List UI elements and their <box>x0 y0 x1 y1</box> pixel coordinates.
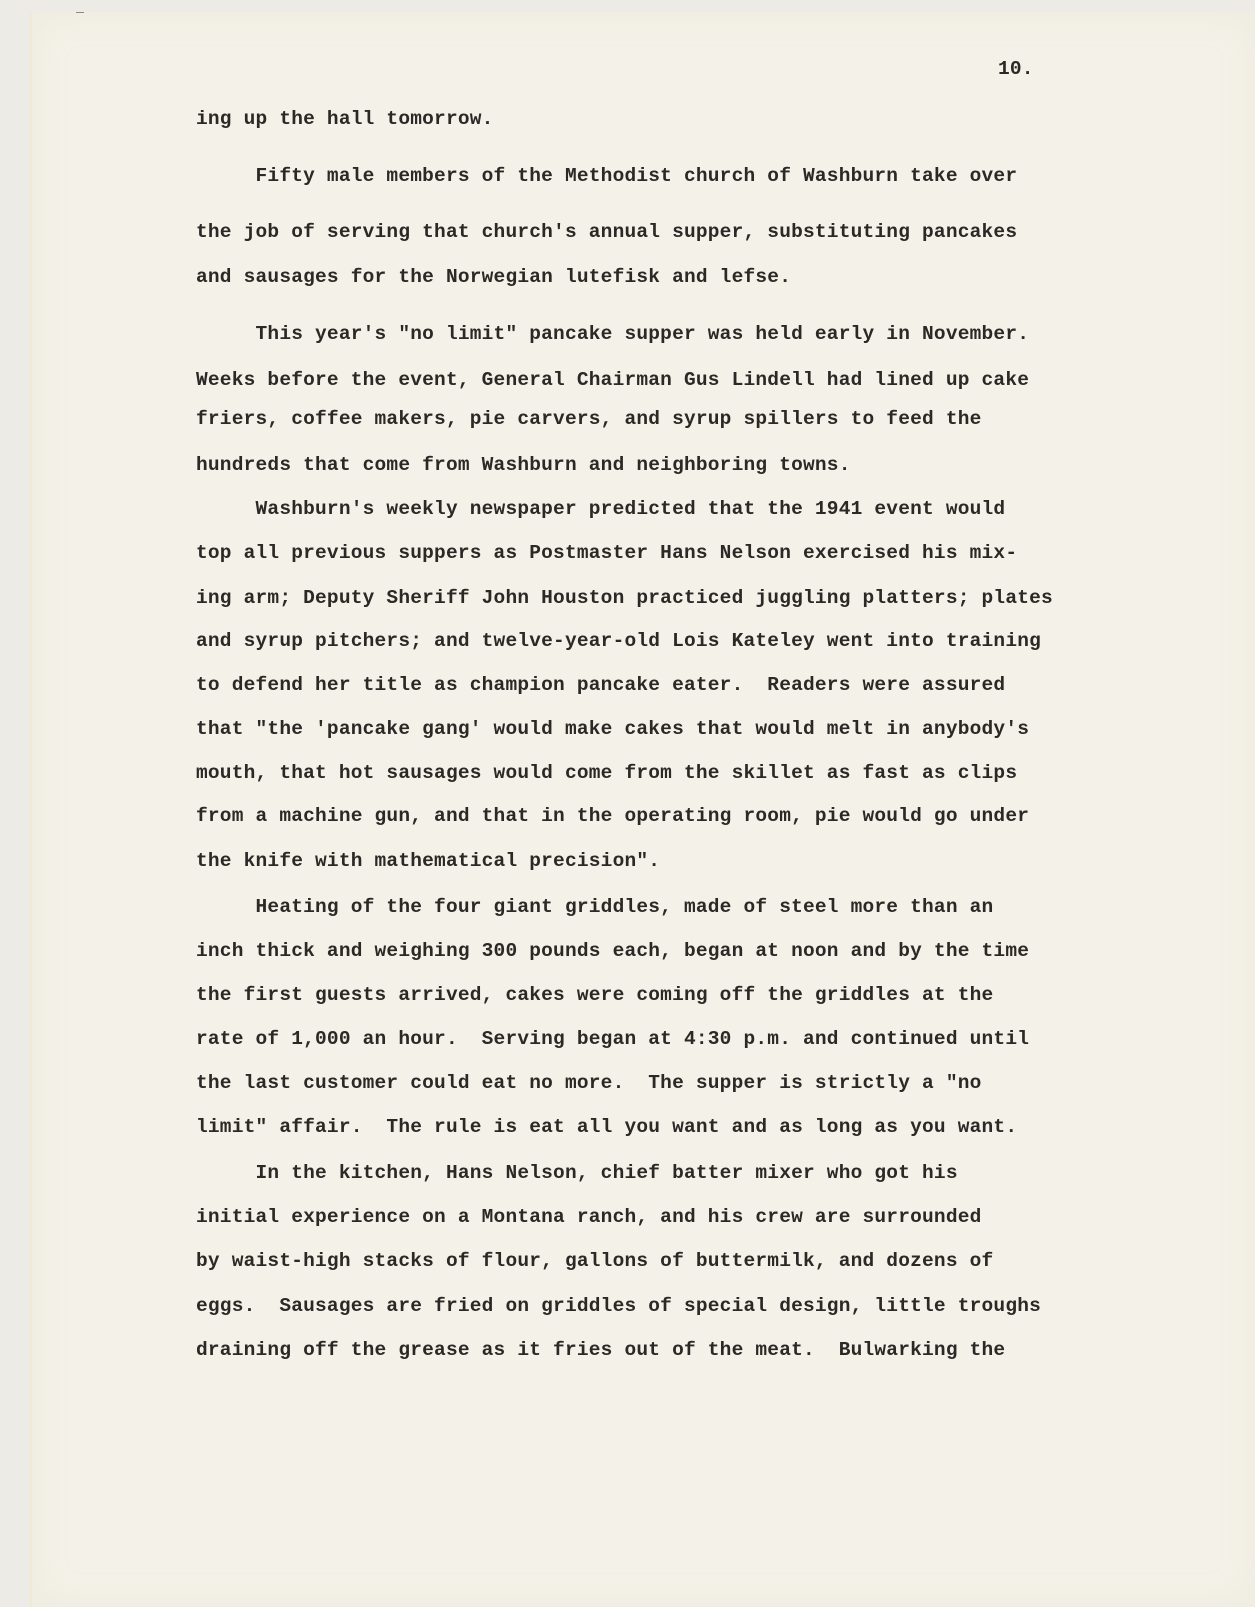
text-line: that "the 'pancake gang' would make cake… <box>196 718 1029 740</box>
page-number: 10. <box>998 58 1034 80</box>
text-line: mouth, that hot sausages would come from… <box>196 762 1017 784</box>
text-line: and syrup pitchers; and twelve-year-old … <box>196 630 1041 652</box>
text-line: Fifty male members of the Methodist chur… <box>196 165 1017 187</box>
scan-mark <box>76 12 84 13</box>
text-line: Washburn's weekly newspaper predicted th… <box>196 498 1005 520</box>
text-line: ing up the hall tomorrow. <box>196 108 494 130</box>
text-line: the first guests arrived, cakes were com… <box>196 984 993 1006</box>
document-page: 10. ing up the hall tomorrow. Fifty male… <box>30 12 1255 1607</box>
text-line: Heating of the four giant griddles, made… <box>196 896 993 918</box>
text-line: the knife with mathematical precision". <box>196 850 660 872</box>
text-line: from a machine gun, and that in the oper… <box>196 805 1029 827</box>
text-line: inch thick and weighing 300 pounds each,… <box>196 940 1029 962</box>
text-line: This year's "no limit" pancake supper wa… <box>196 323 1029 345</box>
text-line: the last customer could eat no more. The… <box>196 1072 982 1094</box>
text-line: the job of serving that church's annual … <box>196 221 1017 243</box>
text-line: hundreds that come from Washburn and nei… <box>196 454 851 476</box>
text-line: by waist-high stacks of flour, gallons o… <box>196 1250 993 1272</box>
text-line: rate of 1,000 an hour. Serving began at … <box>196 1028 1029 1050</box>
text-line: eggs. Sausages are fried on griddles of … <box>196 1295 1041 1317</box>
text-line: friers, coffee makers, pie carvers, and … <box>196 408 982 430</box>
text-line: Weeks before the event, General Chairman… <box>196 369 1029 391</box>
text-line: initial experience on a Montana ranch, a… <box>196 1206 982 1228</box>
text-line: limit" affair. The rule is eat all you w… <box>196 1116 1017 1138</box>
text-line: to defend her title as champion pancake … <box>196 674 1005 696</box>
text-line: draining off the grease as it fries out … <box>196 1339 1005 1361</box>
text-line: In the kitchen, Hans Nelson, chief batte… <box>196 1162 958 1184</box>
text-line: top all previous suppers as Postmaster H… <box>196 542 1017 564</box>
text-line: ing arm; Deputy Sheriff John Houston pra… <box>196 587 1053 609</box>
text-line: and sausages for the Norwegian lutefisk … <box>196 266 791 288</box>
